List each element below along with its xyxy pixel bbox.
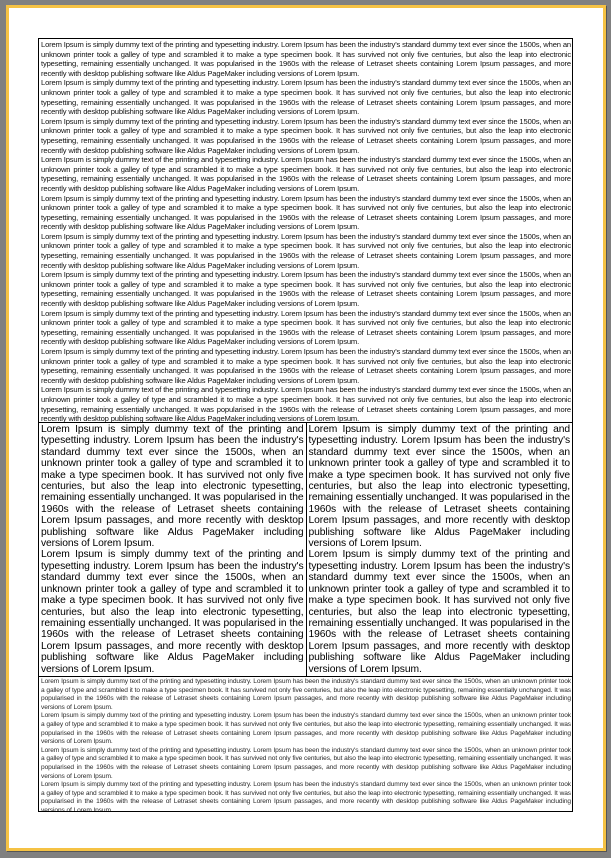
left-column: Lorem Ipsum is simply dummy text of the … (39, 423, 307, 676)
paragraph: Lorem Ipsum is simply dummy text of the … (41, 678, 571, 712)
paragraph: Lorem Ipsum is simply dummy text of the … (309, 549, 571, 674)
content-frame: Lorem Ipsum is simply dummy text of the … (38, 38, 573, 812)
paragraph: Lorem Ipsum is simply dummy text of the … (41, 347, 571, 385)
paragraph: Lorem Ipsum is simply dummy text of the … (41, 712, 571, 746)
paragraph: Lorem Ipsum is simply dummy text of the … (41, 385, 571, 423)
paragraph: Lorem Ipsum is simply dummy text of the … (41, 270, 571, 308)
paragraph: Lorem Ipsum is simply dummy text of the … (41, 747, 571, 781)
right-column: Lorem Ipsum is simply dummy text of the … (307, 423, 573, 676)
document-viewport: Lorem Ipsum is simply dummy text of the … (0, 0, 611, 858)
paragraph: Lorem Ipsum is simply dummy text of the … (41, 194, 571, 232)
document-page: Lorem Ipsum is simply dummy text of the … (6, 5, 606, 851)
paragraph: Lorem Ipsum is simply dummy text of the … (41, 78, 571, 116)
paragraph: Lorem Ipsum is simply dummy text of the … (41, 549, 304, 674)
paragraph: Lorem Ipsum is simply dummy text of the … (41, 117, 571, 155)
paragraph: Lorem Ipsum is simply dummy text of the … (309, 424, 571, 549)
paragraph: Lorem Ipsum is simply dummy text of the … (41, 232, 571, 270)
paragraph: Lorem Ipsum is simply dummy text of the … (41, 781, 571, 811)
small-text-section: Lorem Ipsum is simply dummy text of the … (39, 677, 572, 811)
paragraph: Lorem Ipsum is simply dummy text of the … (41, 309, 571, 347)
paragraph: Lorem Ipsum is simply dummy text of the … (41, 424, 304, 549)
paragraph: Lorem Ipsum is simply dummy text of the … (41, 155, 571, 193)
full-width-text-section: Lorem Ipsum is simply dummy text of the … (39, 39, 572, 423)
two-column-section: Lorem Ipsum is simply dummy text of the … (39, 423, 572, 677)
paragraph: Lorem Ipsum is simply dummy text of the … (41, 40, 571, 78)
